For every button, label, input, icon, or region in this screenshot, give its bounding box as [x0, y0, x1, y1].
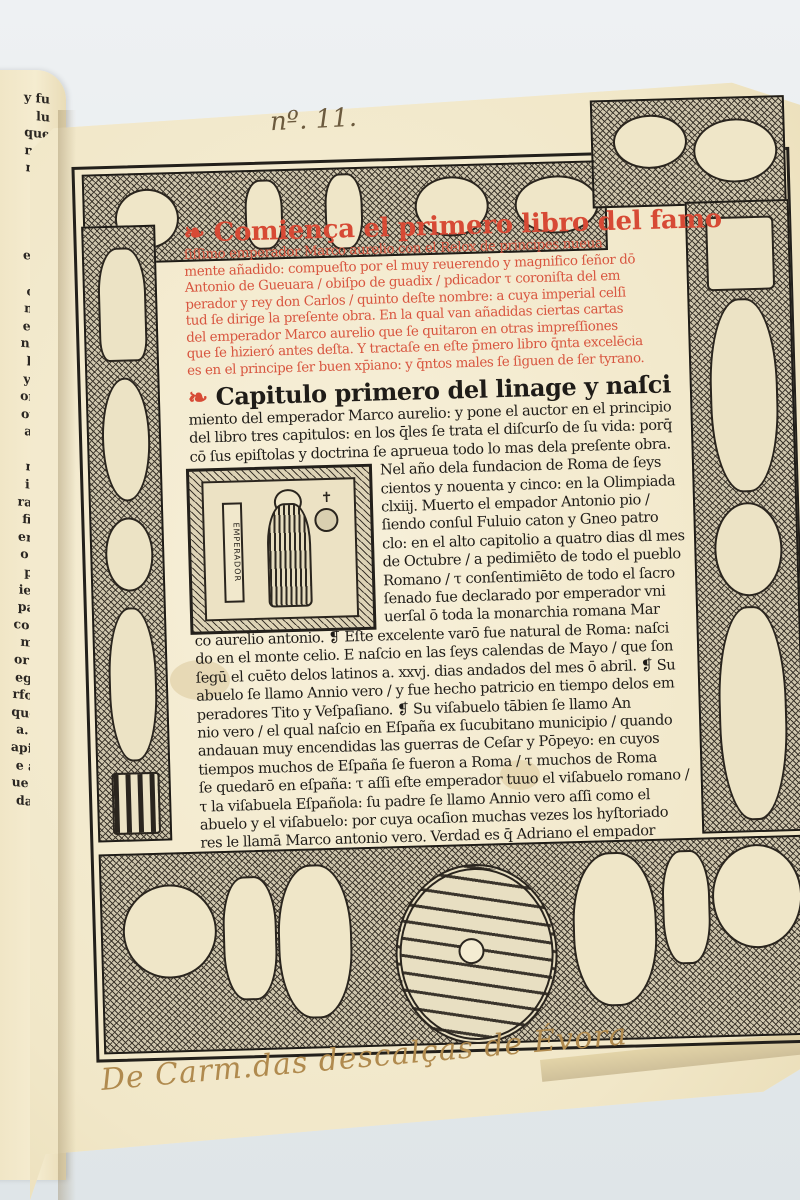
woodcut-bottom-band: [99, 835, 800, 1055]
woodcut-top-band-right: [590, 95, 787, 208]
emperor-figure: [266, 503, 313, 608]
dragon-figure: [692, 117, 778, 183]
text-beside-initial: Nel año dela fundacion de Roma de ſeys c…: [380, 453, 695, 627]
pillar-vase: [100, 377, 152, 502]
leaf-scroll: [122, 883, 219, 980]
pillar-urn: [713, 501, 784, 597]
woodcut-right-column: [685, 199, 800, 834]
globus-cruciger: [314, 508, 339, 533]
initial-section: EMPERADOR ✝ Nel año dela fundacion de Ro…: [190, 453, 694, 633]
pillar-acanthus: [707, 297, 780, 493]
woodcut-initial-emperor: EMPERADOR ✝: [186, 464, 377, 635]
gutter-shadow: [58, 110, 76, 1200]
putto-figure: [661, 849, 712, 964]
pillar-acanthus: [106, 607, 159, 762]
pillar-base: [111, 772, 162, 835]
leaf-scroll: [711, 843, 800, 949]
initial-panel: EMPERADOR ✝: [201, 477, 359, 621]
emperador-banner: EMPERADOR: [222, 503, 245, 604]
printed-page-block: ❧ Comiença el primero libro del famo ſiſ…: [70, 95, 800, 1075]
dragon-figure: [571, 851, 659, 1007]
cross-icon: ✝: [321, 490, 333, 506]
pillar-capital: [96, 247, 148, 362]
text-block: ❧ Comiença el primero libro del famo ſiſ…: [183, 206, 701, 853]
pillar-vase: [716, 605, 790, 821]
putto-figure: [221, 876, 278, 1001]
hedera-leaf-icon: ❧: [188, 382, 216, 412]
bull-figure: [612, 114, 687, 170]
pillar-urn: [104, 517, 155, 592]
hedera-leaf-icon: ❧: [183, 218, 214, 249]
eagle-beast-figure: [276, 863, 354, 1019]
